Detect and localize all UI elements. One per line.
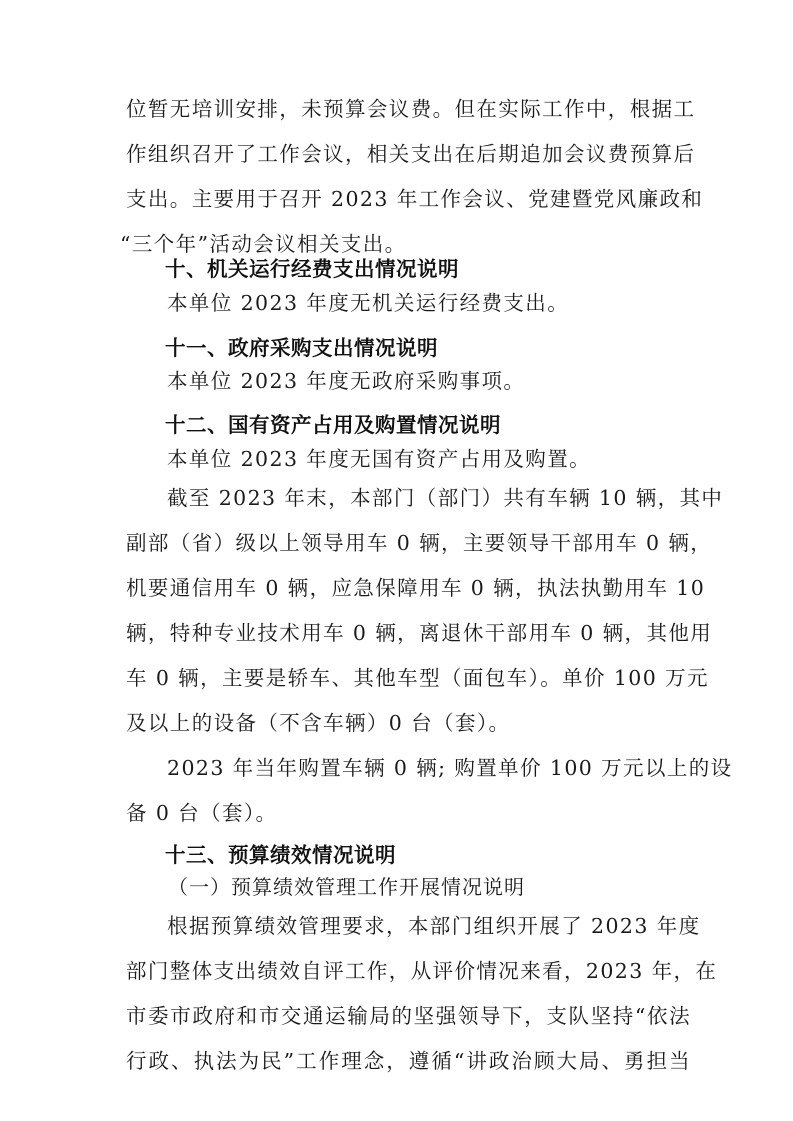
section-body: 本单位 2023 年度无国有资产占用及购置。 <box>167 446 691 472</box>
paragraph-line: 截至 2023 年末，本部门（部门）共有车辆 10 辆，其中 <box>167 485 691 511</box>
document-page: 位暂无培训安排，未预算会议费。但在实际工作中，根据工 作组织召开了工作会议，相关… <box>0 0 793 1121</box>
section-heading-11: 十一、政府采购支出情况说明 <box>165 335 438 361</box>
paragraph-line: 2023 年当年购置车辆 0 辆; 购置单价 100 万元以上的设 <box>167 755 691 781</box>
paragraph-line: 部门整体支出绩效自评工作，从评价情况来看，2023 年，在 <box>126 958 691 984</box>
paragraph-line: 车 0 辆，主要是轿车、其他车型（面包车）。单价 100 万元 <box>126 665 691 691</box>
paragraph-line: 根据预算绩效管理要求，本部门组织开展了 2023 年度 <box>167 913 691 939</box>
paragraph-line: 辆，特种专业技术用车 0 辆，离退休干部用车 0 辆，其他用 <box>126 620 691 646</box>
section-heading-12: 十二、国有资产占用及购置情况说明 <box>165 412 501 438</box>
paragraph-line: 行政、执法为民”工作理念，遵循“讲政治顾大局、勇担当 <box>126 1048 691 1074</box>
paragraph-line: 机要通信用车 0 辆，应急保障用车 0 辆，执法执勤用车 10 <box>126 575 691 601</box>
section-body: 本单位 2023 年度无机关运行经费支出。 <box>167 290 691 316</box>
paragraph-line: 位暂无培训安排，未预算会议费。但在实际工作中，根据工 <box>126 96 691 122</box>
paragraph-line: 支出。主要用于召开 2023 年工作会议、党建暨党风廉政和 <box>126 186 691 212</box>
paragraph-line: 作组织召开了工作会议，相关支出在后期追加会议费预算后 <box>126 141 691 167</box>
paragraph-line: “三个年”活动会议相关支出。 <box>120 231 685 257</box>
section-heading-13: 十三、预算绩效情况说明 <box>165 842 396 868</box>
section-heading-10: 十、机关运行经费支出情况说明 <box>165 256 459 282</box>
paragraph-line: 备 0 台（套）。 <box>126 800 691 826</box>
section-body: 本单位 2023 年度无政府采购事项。 <box>167 368 691 394</box>
subsection-heading: （一）预算绩效管理工作开展情况说明 <box>168 874 525 900</box>
paragraph-line: 及以上的设备（不含车辆）0 台（套）。 <box>126 710 691 736</box>
paragraph-line: 副部（省）级以上领导用车 0 辆，主要领导干部用车 0 辆， <box>126 530 691 556</box>
paragraph-line: 市委市政府和市交通运输局的坚强领导下，支队坚持“依法 <box>126 1003 691 1029</box>
